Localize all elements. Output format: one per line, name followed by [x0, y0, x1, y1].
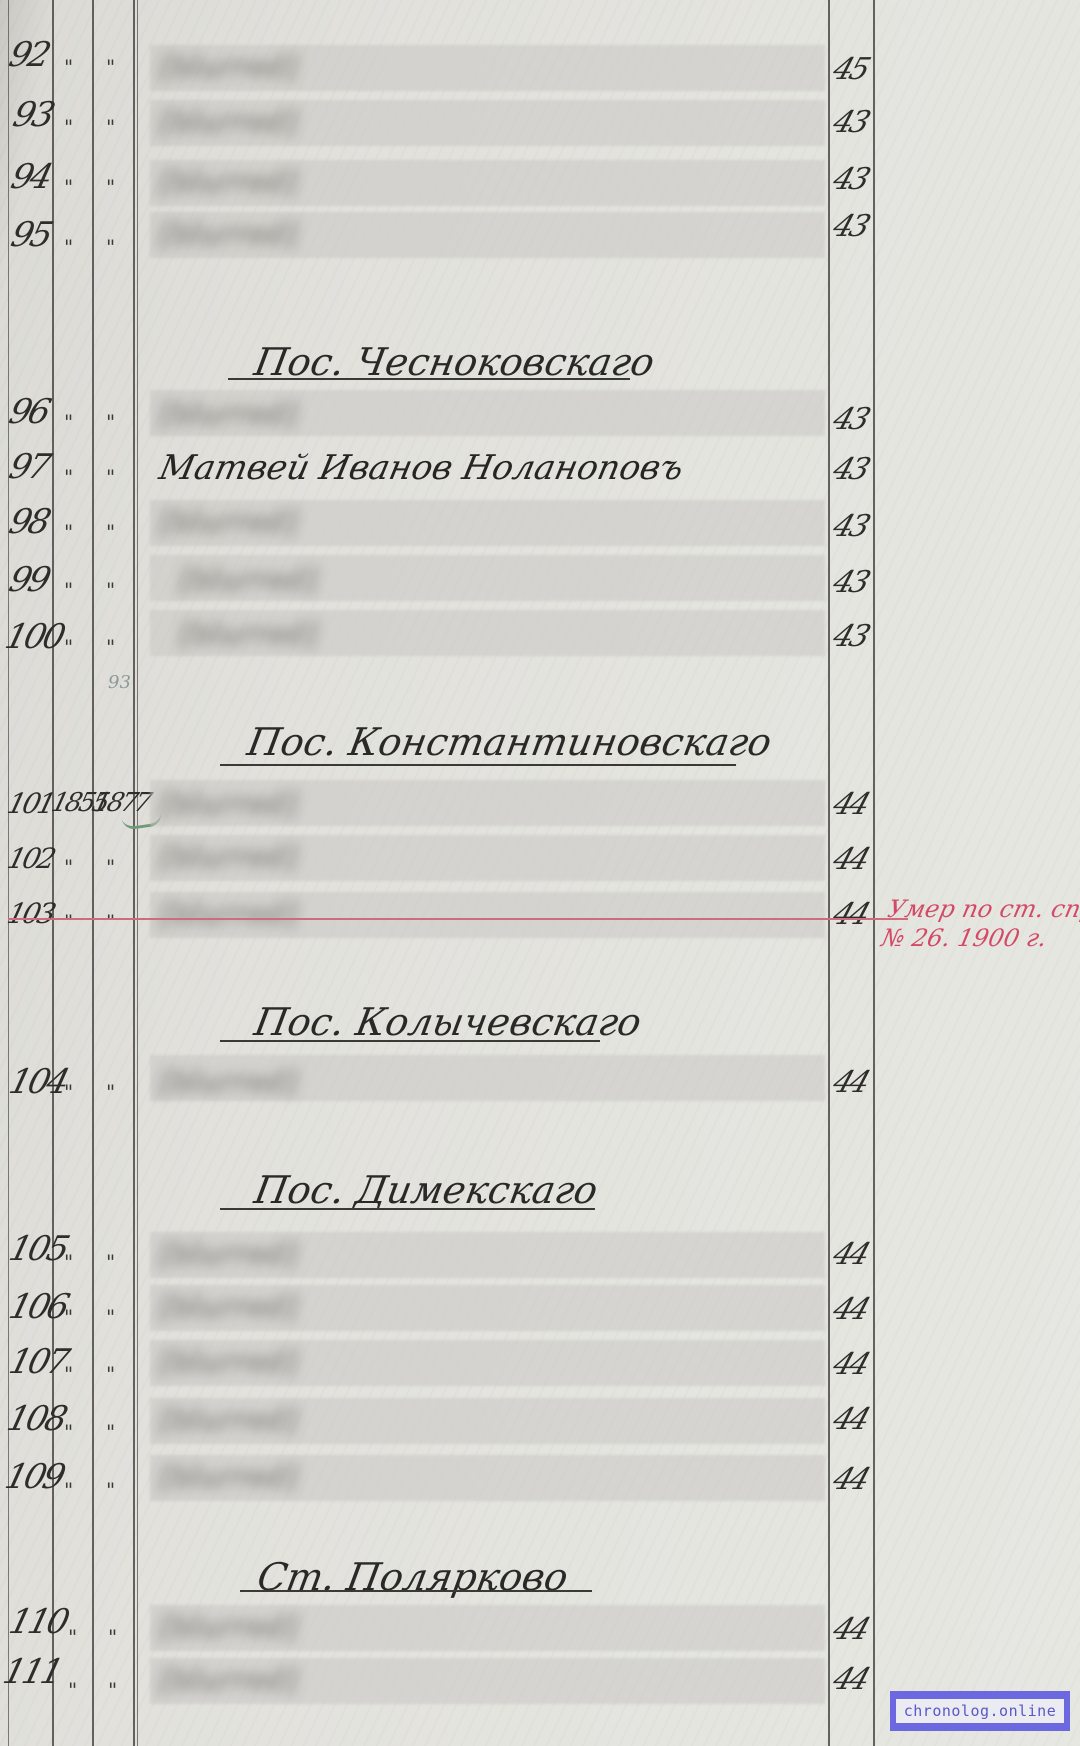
- ditto-mark: ": [106, 235, 115, 259]
- section-heading: Ст. Полярково: [254, 1555, 571, 1599]
- ditto-mark: ": [106, 1250, 115, 1274]
- ditto-mark: ": [64, 115, 73, 139]
- row-number: 93: [10, 98, 56, 132]
- ditto-mark: ": [106, 578, 115, 602]
- ditto-mark: ": [106, 635, 115, 659]
- age-value: 44: [829, 1350, 871, 1380]
- person-name-redacted: [blurred]: [160, 160, 297, 206]
- person-name: Матвей Иванов Ноланоповъ: [156, 448, 687, 488]
- row-number: 102: [5, 845, 56, 873]
- heading-underline: [228, 378, 630, 380]
- age-value: 44: [829, 1068, 871, 1098]
- column-rule: [137, 0, 138, 1746]
- person-name-redacted: [blurred]: [180, 558, 317, 604]
- ditto-mark: ": [68, 1625, 77, 1649]
- row-number: 104: [6, 1065, 70, 1099]
- row-number: 92: [6, 38, 52, 72]
- red-strikethrough: [8, 918, 908, 920]
- section-heading: Пос. Константиновскаго: [244, 720, 775, 764]
- heading-underline: [220, 1040, 600, 1042]
- person-name-redacted: [blurred]: [160, 1060, 297, 1106]
- ditto-mark: ": [64, 1362, 73, 1386]
- person-name-redacted: [blurred]: [160, 45, 297, 91]
- ditto-mark: ": [64, 235, 73, 259]
- column-rule: [133, 0, 135, 1746]
- row-number: 110: [6, 1605, 70, 1639]
- age-value: 44: [829, 1240, 871, 1270]
- ditto-mark: ": [64, 465, 73, 489]
- row-number: 100: [2, 620, 66, 654]
- row-number: 95: [8, 218, 54, 252]
- ditto-mark: ": [106, 1478, 115, 1502]
- row-number: 94: [8, 160, 54, 194]
- age-value: 43: [829, 512, 871, 542]
- age-value: 43: [829, 212, 871, 242]
- ditto-mark: ": [106, 1362, 115, 1386]
- age-value: 43: [829, 622, 871, 652]
- person-name-redacted: [blurred]: [160, 100, 297, 146]
- ditto-mark: ": [64, 1478, 73, 1502]
- ditto-mark: ": [64, 578, 73, 602]
- ditto-mark: ": [64, 520, 73, 544]
- ditto-mark: ": [106, 55, 115, 79]
- ditto-mark: ": [106, 855, 115, 879]
- age-value: 43: [829, 108, 871, 138]
- column-rule: [873, 0, 875, 1746]
- ditto-mark: ": [106, 1080, 115, 1104]
- age-value: 45: [829, 55, 871, 85]
- red-annotation-line: Умер по ст. спр.: [885, 895, 1080, 924]
- row-number: 109: [2, 1460, 66, 1494]
- person-name-redacted: [blurred]: [160, 1340, 297, 1386]
- ditto-mark: ": [64, 910, 73, 934]
- age-value: 44: [829, 1615, 871, 1645]
- pencil-margin-note: 93: [108, 672, 131, 693]
- person-name-redacted: [blurred]: [160, 782, 297, 828]
- ditto-mark: ": [64, 55, 73, 79]
- age-value: 44: [829, 845, 871, 875]
- ditto-mark: ": [106, 910, 115, 934]
- red-annotation: Умер по ст. спр. № 26. 1900 г.: [879, 895, 1080, 953]
- ditto-mark: ": [108, 1625, 117, 1649]
- row-number: 96: [6, 395, 52, 429]
- age-value: 44: [829, 900, 871, 930]
- ditto-mark: ": [68, 1678, 77, 1702]
- person-name-redacted: [blurred]: [160, 1398, 297, 1444]
- age-value: 43: [829, 405, 871, 435]
- person-name-redacted: [blurred]: [160, 500, 297, 546]
- ditto-mark: ": [64, 1080, 73, 1104]
- heading-underline: [240, 1590, 592, 1592]
- person-name-redacted: [blurred]: [160, 212, 297, 258]
- ditto-mark: ": [106, 175, 115, 199]
- red-annotation-line: № 26. 1900 г.: [879, 924, 1080, 953]
- ditto-mark: ": [64, 855, 73, 879]
- age-value: 44: [829, 1295, 871, 1325]
- row-number: 98: [6, 505, 52, 539]
- row-number: 108: [4, 1402, 68, 1436]
- age-value: 44: [829, 790, 871, 820]
- row-number: 99: [6, 563, 52, 597]
- section-heading: Пос. Колычевскаго: [251, 1000, 645, 1044]
- person-name-redacted: [blurred]: [160, 1658, 297, 1704]
- row-number: 103: [5, 900, 56, 928]
- ditto-mark: ": [106, 465, 115, 489]
- ditto-mark: ": [108, 1678, 117, 1702]
- age-value: 43: [829, 455, 871, 485]
- ditto-mark: ": [106, 410, 115, 434]
- ditto-mark: ": [64, 1305, 73, 1329]
- ditto-mark: ": [64, 175, 73, 199]
- row-number: 97: [6, 450, 52, 484]
- section-heading: Пос. Димекскаго: [251, 1168, 601, 1212]
- row-number: 105: [6, 1232, 70, 1266]
- ditto-mark: ": [106, 115, 115, 139]
- watermark-text: chronolog.online: [896, 1699, 1065, 1723]
- age-value: 44: [829, 1465, 871, 1495]
- person-name-redacted: [blurred]: [160, 892, 297, 938]
- person-name-redacted: [blurred]: [160, 1605, 297, 1651]
- person-name-redacted: [blurred]: [160, 1232, 297, 1278]
- row-number: 107: [6, 1345, 70, 1379]
- ledger-page: 92 " " [blurred] 45 93 " " [blurred] 43 …: [0, 0, 1080, 1746]
- ditto-mark: ": [64, 1420, 73, 1444]
- ditto-mark: ": [106, 520, 115, 544]
- watermark-badge: chronolog.online: [890, 1691, 1070, 1731]
- year-value: 1877: [91, 790, 152, 816]
- heading-underline: [220, 1208, 595, 1210]
- age-value: 44: [829, 1665, 871, 1695]
- ditto-mark: ": [64, 1250, 73, 1274]
- ditto-mark: ": [64, 410, 73, 434]
- ditto-mark: ": [106, 1420, 115, 1444]
- person-name-redacted: [blurred]: [180, 612, 317, 658]
- person-name-redacted: [blurred]: [160, 1455, 297, 1501]
- age-value: 43: [829, 165, 871, 195]
- person-name-redacted: [blurred]: [160, 392, 297, 438]
- row-number: 106: [6, 1290, 70, 1324]
- column-rule: [92, 0, 94, 1746]
- person-name-redacted: [blurred]: [160, 1285, 297, 1331]
- heading-underline: [220, 764, 736, 766]
- age-value: 44: [829, 1405, 871, 1435]
- row-number: 111: [0, 1655, 64, 1689]
- ditto-mark: ": [106, 1305, 115, 1329]
- ditto-mark: ": [64, 635, 73, 659]
- person-name-redacted: [blurred]: [160, 835, 297, 881]
- age-value: 43: [829, 568, 871, 598]
